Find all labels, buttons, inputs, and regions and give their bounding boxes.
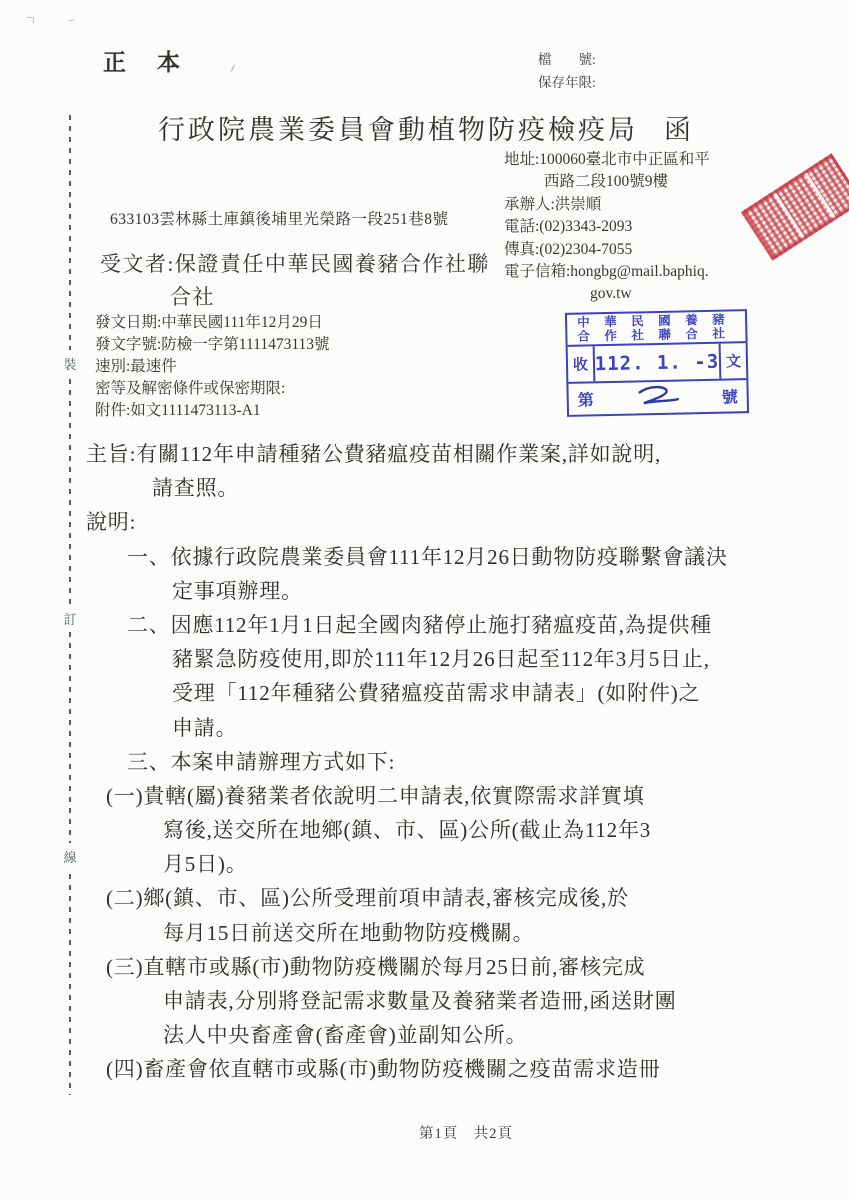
body-line: 豬緊急防疫使用,即於111年12月26日起至112年3月5日止, (172, 642, 849, 676)
dispatch-speed: 速別:最速件 (95, 356, 330, 378)
copy-type-label: 正 本 (103, 44, 184, 77)
body-line: (二)鄉(鎮、市、區)公所受理前項申請表,審核完成後,於 (106, 881, 849, 915)
body-line: 月5日)。 (163, 847, 849, 881)
dispatch-date: 發文日期:中華民國111年12月29日 (95, 312, 330, 334)
scan-artifact (26, 17, 35, 24)
retention-period-label: 保存年限: (538, 71, 596, 94)
dispatch-meta-block: 發文日期:中華民國111年12月29日 發文字號:防檢一字第1111473113… (95, 312, 330, 422)
scanned-document-page: 裝 訂 線 正 本 檔 號: 保存年限: 行政院農業委員會動植物防疫檢疫局 函 … (0, 0, 849, 1200)
body-line: 請查照。 (152, 471, 849, 505)
body-line: 每月15日前送交所在地動物防疫機關。 (163, 916, 849, 950)
received-stamp-date-row: 收 112. 1. -3 文 (568, 343, 747, 384)
body-line: 一、依據行政院農業委員會111年12月26日動物防疫聯繫會議決 (127, 540, 849, 574)
agency-contact-person: 承辦人:洪崇順 (504, 194, 710, 216)
body-line: 主旨:有關112年申請種豬公費豬瘟疫苗相關作業案,詳如說明, (86, 437, 849, 471)
recipient-name-line1: 受文者:保證責任中華民國養豬合作社聯 (100, 248, 490, 281)
body-line: 申請表,分別將登記需求數量及養豬業者造冊,函送財團 (163, 984, 849, 1018)
handwritten-number-2 (631, 382, 684, 409)
dispatch-number: 發文字號:防檢一字第1111473113號 (95, 334, 330, 356)
document-title-row: 行政院農業委員會動植物防疫檢疫局 函 (0, 108, 849, 147)
body-line: (三)直轄市或縣(市)動物防疫機關於每月25日前,審核完成 (106, 950, 849, 984)
recipient-block: 受文者:保證責任中華民國養豬合作社聯 合社 (100, 248, 490, 314)
letter-body: 主旨:有關112年申請種豬公費豬瘟疫苗相關作業案,詳如說明, 請查照。 說明: … (0, 437, 849, 1087)
agency-red-seal (741, 153, 849, 260)
body-line: 二、因應112年1月1日起全國肉豬停止施打豬瘟疫苗,為提供種 (127, 608, 849, 642)
received-stamp-date: 112. 1. -3 (592, 344, 721, 382)
received-stamp-no-prefix: 第 (577, 387, 593, 410)
body-line: 寫後,送交所在地鄉(鎮、市、區)公所(截止為112年3 (163, 813, 849, 847)
received-stamp-number-row: 第 號 (568, 380, 747, 415)
body-line: 三、本案申請辦理方式如下: (127, 745, 849, 779)
body-line: 受理「112年種豬公費豬瘟疫苗需求申請表」(如附件)之 (172, 676, 849, 710)
received-stamp-no-suffix: 號 (721, 384, 737, 407)
binding-label-zhuang: 裝 (61, 350, 79, 377)
received-stamp-wen: 文 (721, 343, 747, 379)
agency-title: 行政院農業委員會動植物防疫檢疫局 (158, 108, 638, 147)
body-line: 法人中央畜產會(畜產會)並副知公所。 (163, 1018, 849, 1052)
received-stamp-org-line2: 合作社聯合社 (577, 326, 745, 344)
agency-fax: 傳真:(02)2304-7055 (504, 239, 710, 261)
recipient-address: 633103雲林縣土庫鎮後埔里光榮路一段251巷8號 (110, 207, 449, 229)
body-line: 說明: (86, 505, 849, 539)
dispatch-security: 密等及解密條件或保密期限: (95, 378, 330, 400)
received-stamp: 中華民國養豬 合作社聯合社 收 112. 1. -3 文 第 號 (565, 309, 749, 417)
received-stamp-org: 中華民國養豬 合作社聯合社 (567, 311, 746, 347)
agency-email-line1: 電子信箱:hongbg@mail.baphiq. (504, 261, 710, 283)
page-number: 第1頁 共2頁 (419, 1122, 513, 1143)
body-line: (四)畜產會依直轄市或縣(市)動物防疫機關之疫苗需求造冊 (106, 1052, 849, 1086)
recipient-name-line2: 合社 (100, 281, 490, 314)
agency-address-line2: 西路二段100號9樓 (504, 171, 710, 193)
received-stamp-shou: 收 (568, 346, 594, 382)
agency-contact-block: 地址:100060臺北市中正區和平 西路二段100號9樓 承辦人:洪崇順 電話:… (504, 149, 710, 306)
body-line: 定事項辦理。 (172, 574, 849, 608)
file-number-label: 檔 號: (538, 48, 596, 71)
dispatch-attachment: 附件:如文1111473113-A1 (95, 400, 330, 422)
scan-artifact (230, 64, 236, 73)
body-line: 申請。 (172, 711, 849, 745)
agency-email-line2: gov.tw (504, 283, 710, 305)
file-number-block: 檔 號: 保存年限: (538, 48, 596, 94)
body-line: (一)貴轄(屬)養豬業者依說明二申請表,依實際需求詳實填 (106, 779, 849, 813)
agency-address-line1: 地址:100060臺北市中正區和平 (504, 149, 710, 171)
document-type: 函 (664, 108, 691, 147)
scan-artifact (68, 20, 76, 27)
agency-phone: 電話:(02)3343-2093 (504, 216, 710, 238)
